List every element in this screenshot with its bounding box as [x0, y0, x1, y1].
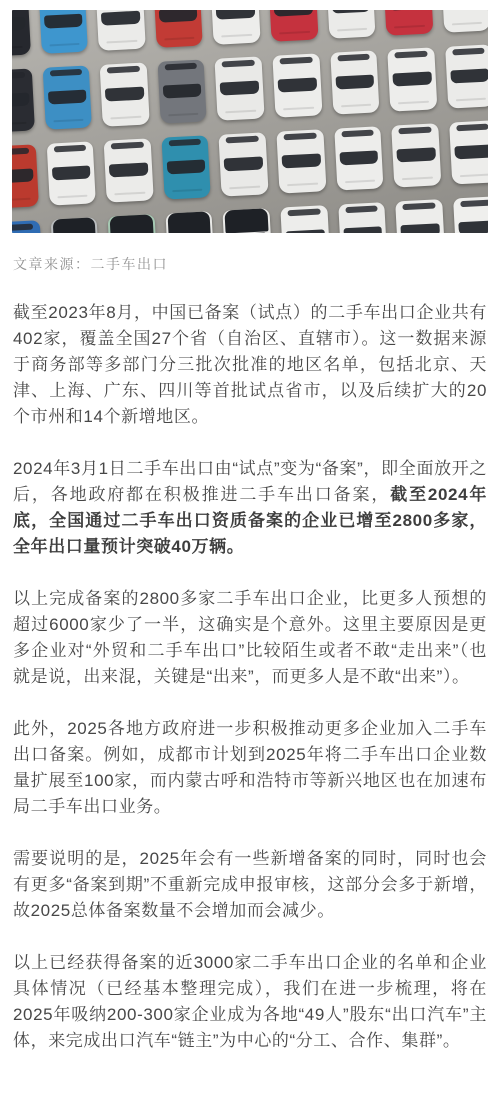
car-top-view [223, 208, 273, 233]
article-body: 截至2023年8月，中国已备案（试点）的二手车出口企业共有402家，覆盖全国27… [13, 300, 487, 1096]
car-top-view [272, 53, 322, 117]
car-top-view [12, 10, 31, 57]
car-top-view [100, 62, 150, 126]
car-top-view [165, 211, 215, 233]
article-paragraph-5: 需要说明的是，2025年会有一些新增备案的同时，同时也会有更多“备案到期”不重新… [13, 846, 487, 924]
parking-lot-illustration [12, 10, 488, 233]
article-hero-image [12, 10, 488, 233]
car-top-view [449, 120, 488, 184]
car-top-view [12, 68, 35, 132]
car-top-view [108, 214, 158, 233]
article-paragraph-2: 2024年3月1日二手车出口由“试点”变为“备案”，即全面放开之后，各地政府都在… [13, 456, 487, 560]
car-top-view [46, 141, 96, 205]
article-paragraph-1: 截至2023年8月，中国已备案（试点）的二手车出口企业共有402家，覆盖全国27… [13, 300, 487, 430]
car-top-view [276, 129, 326, 193]
car-top-view [383, 10, 433, 36]
car-top-view [161, 135, 211, 199]
article-paragraph-3: 以上完成备案的2800多家二手车出口企业，比更多人预想的超过6000家少了一半，… [13, 586, 487, 690]
car-top-view [338, 202, 388, 233]
car-top-view [395, 199, 445, 233]
car-top-view [38, 10, 88, 54]
car-top-view [96, 10, 146, 51]
article-paragraph-6: 以上已经获得备案的近3000家二手车出口企业的名单和企业具体情况（已经基本整理完… [13, 950, 487, 1054]
car-top-view [12, 220, 43, 233]
car-top-view [387, 47, 437, 111]
car-top-view [391, 123, 441, 187]
car-top-view [268, 10, 318, 42]
car-top-view [153, 10, 203, 48]
car-top-view [215, 56, 265, 120]
article-paragraph-4: 此外，2025各地方政府进一步积极推动更多企业加入二手车出口备案。例如，成都市计… [13, 716, 487, 820]
car-top-view [280, 205, 330, 233]
article-page: 文章来源：二手车出口 截至2023年8月，中国已备案（试点）的二手车出口企业共有… [0, 10, 500, 1096]
car-top-view [50, 217, 100, 233]
car-top-view [219, 132, 269, 196]
car-top-view [42, 65, 92, 129]
car-top-view [104, 138, 154, 202]
car-top-view [441, 10, 488, 33]
car-top-view [157, 59, 207, 123]
car-top-view [330, 50, 380, 114]
car-top-view [211, 10, 261, 45]
car-top-view [453, 196, 488, 233]
car-top-view [326, 10, 376, 39]
car-top-view [12, 144, 39, 208]
car-top-view [334, 126, 384, 190]
article-source-line: 文章来源：二手车出口 [13, 254, 487, 274]
car-top-view [445, 44, 488, 108]
